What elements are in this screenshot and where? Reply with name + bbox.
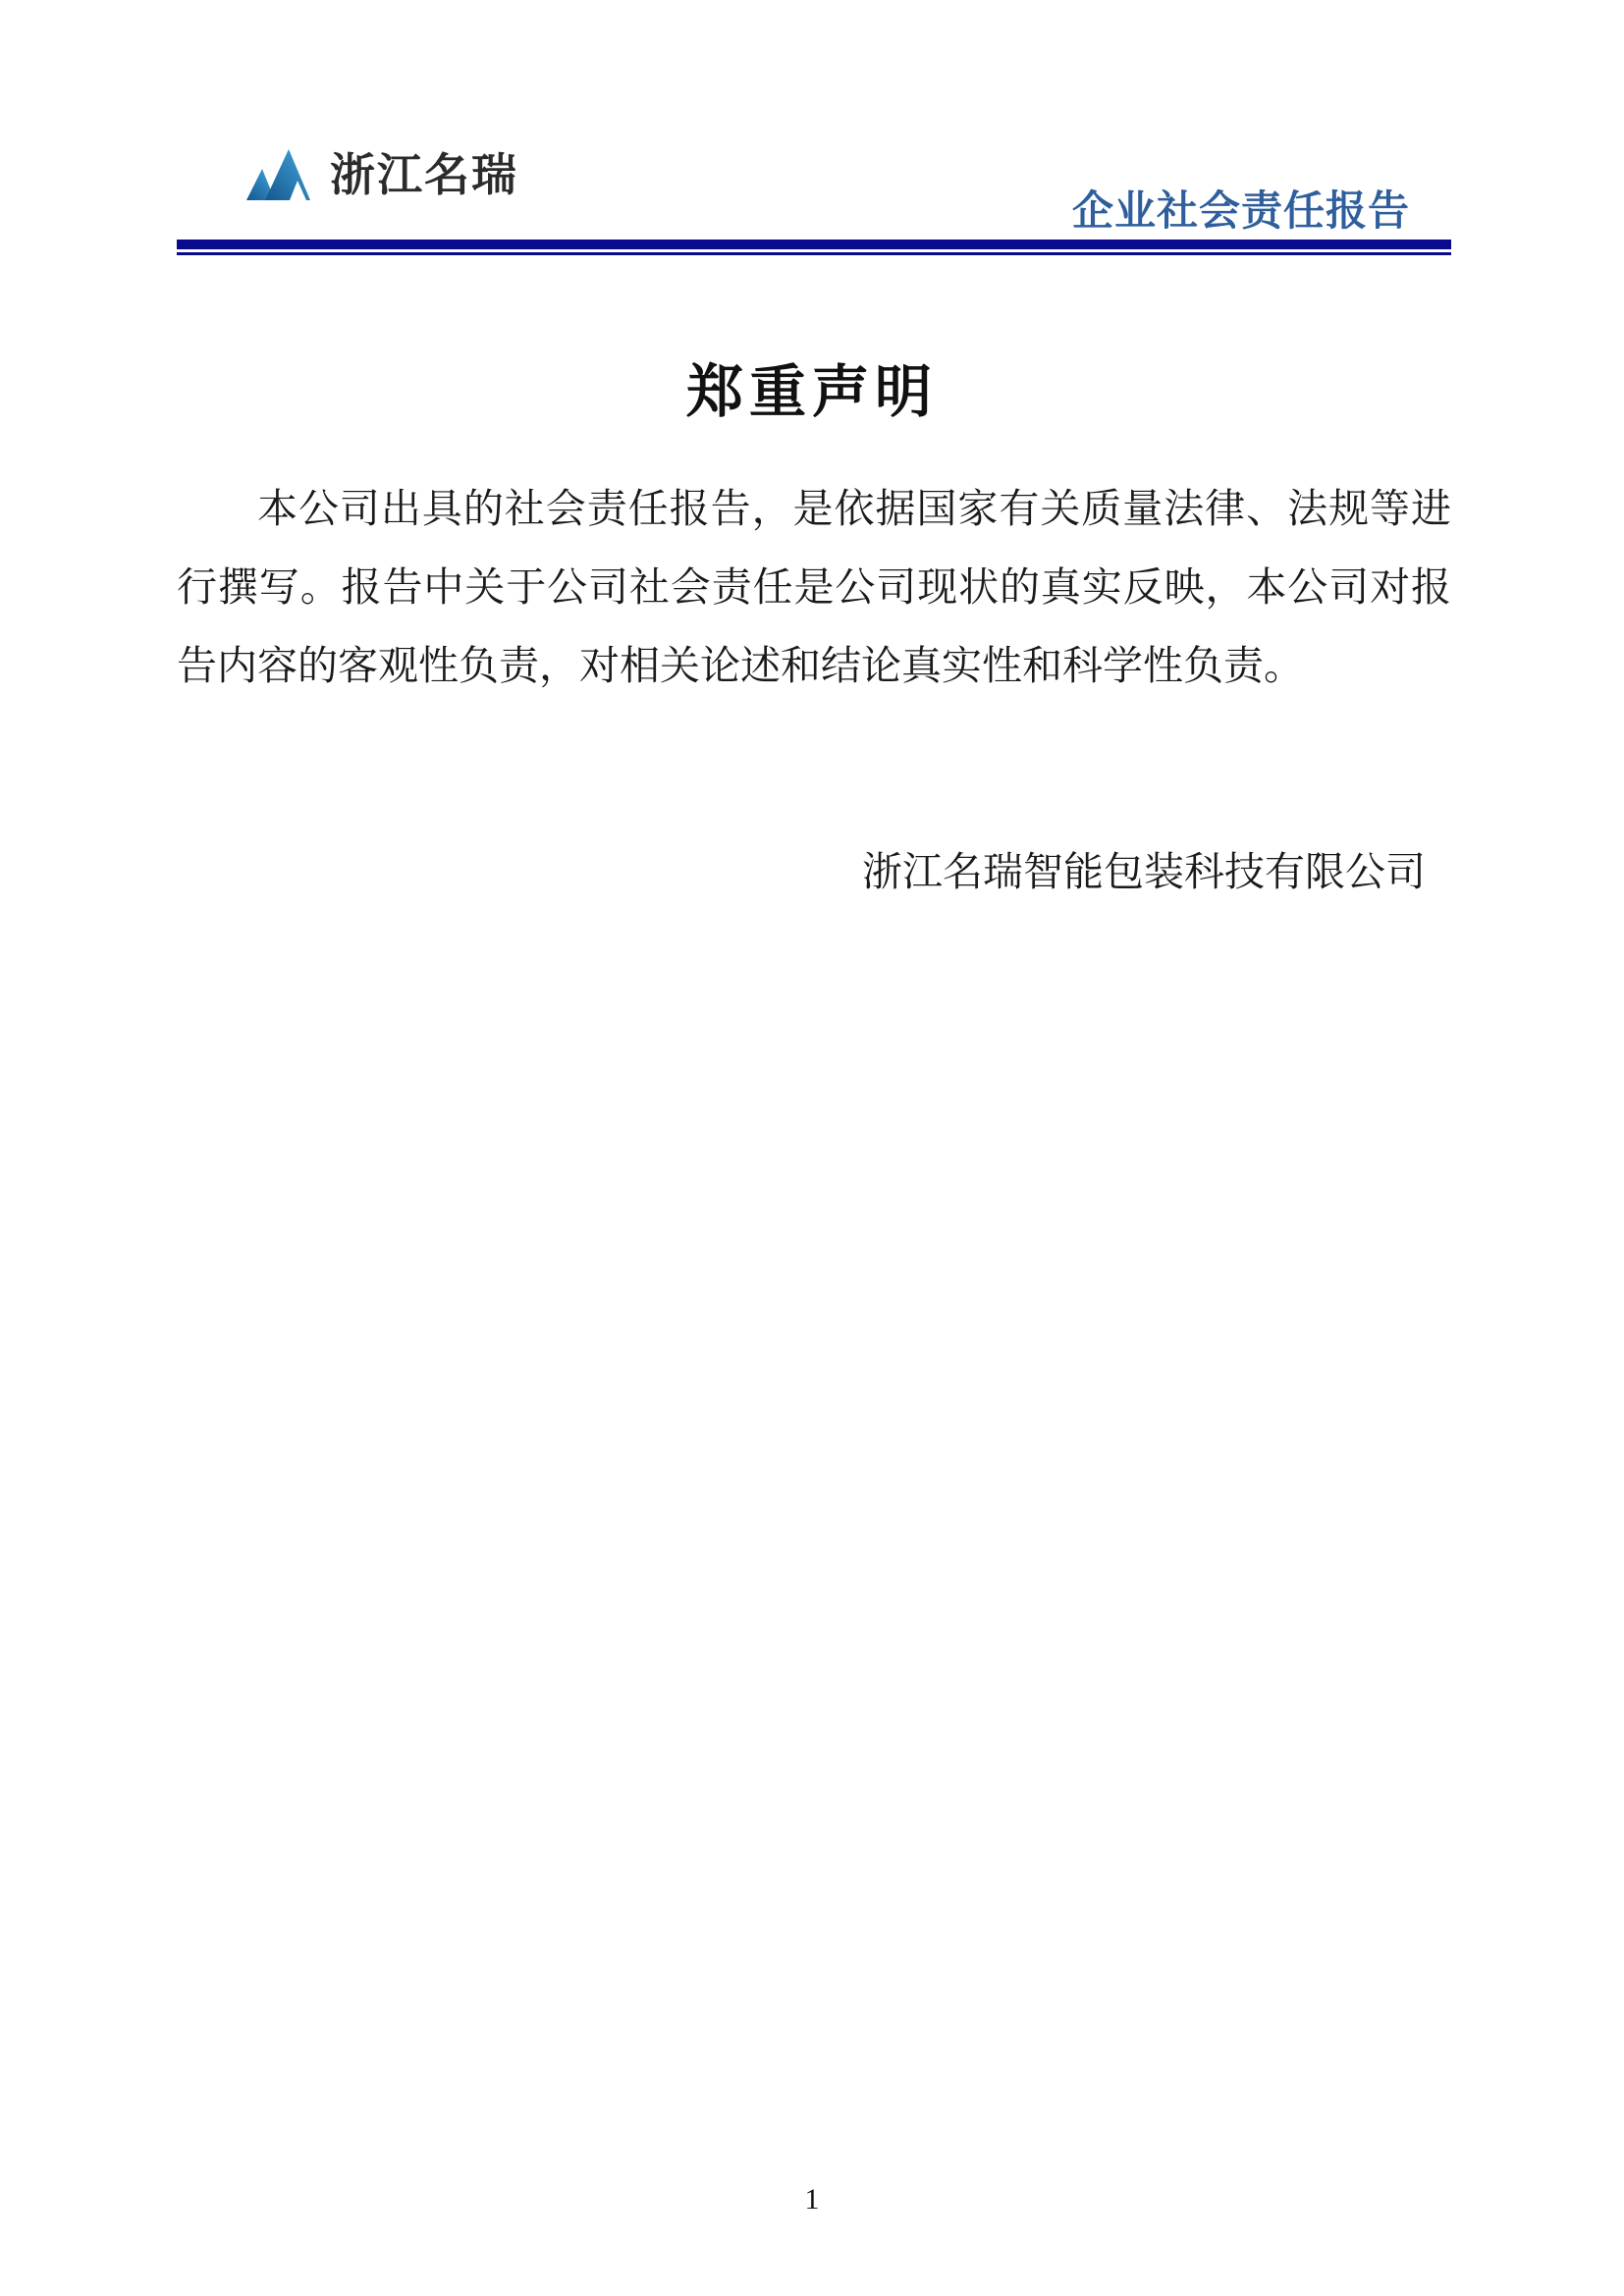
- header-divider-thin-line: [177, 252, 1451, 255]
- header-divider-thick-line: [177, 240, 1451, 249]
- header-divider: [177, 240, 1451, 255]
- company-logo: 浙江名瑞: [245, 147, 518, 202]
- declaration-paragraph: 本公司出具的社会责任报告，是依据国家有关质量法律、法规等进行撰写。报告中关于公司…: [177, 469, 1451, 705]
- page-number: 1: [0, 2183, 1624, 2216]
- mountain-m-logo-icon: [245, 147, 316, 202]
- company-signature: 浙江名瑞智能包装科技有限公司: [177, 839, 1426, 897]
- report-header-title: 企业社会责任报告: [1072, 179, 1410, 238]
- document-page: 浙江名瑞 企业社会责任报告 郑重声明 本公司出具的社会责任报告，是依据国家有关质…: [0, 0, 1624, 2296]
- declaration-title: 郑重声明: [0, 346, 1624, 428]
- company-logo-text: 浙江名瑞: [330, 147, 518, 202]
